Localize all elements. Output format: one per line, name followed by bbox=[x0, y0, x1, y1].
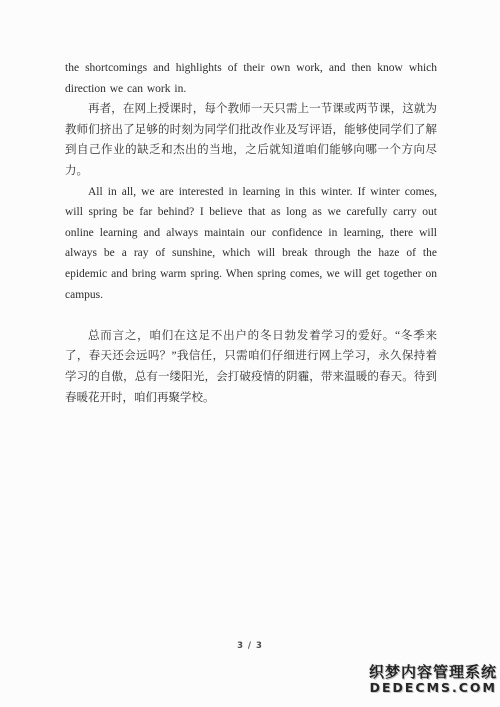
paragraph-chinese-online-classes: 再者，在网上授课时，每个教师一天只需上一节课或两节课，这就为教师们挤出了足够的时… bbox=[65, 99, 437, 181]
watermark-domain-text: DEDECMS.COM bbox=[369, 681, 497, 694]
document-page: the shortcomings and highlights of their… bbox=[0, 0, 500, 707]
watermark-cn-text: 织梦内容管理系统 bbox=[369, 665, 497, 681]
paragraph-chinese-conclusion: 总而言之，咱们在这足不出户的冬日勃发着学习的爱好。“冬季来了，春天还会远吗？”我… bbox=[65, 326, 437, 408]
paragraph-english-all-in-all: All in all, we are interested in learnin… bbox=[65, 182, 437, 306]
paragraph-continuation-en: the shortcomings and highlights of their… bbox=[65, 58, 437, 99]
page-number: 3 / 3 bbox=[0, 641, 500, 651]
watermark: 织梦内容管理系统 DEDECMS.COM bbox=[369, 665, 497, 694]
document-content: the shortcomings and highlights of their… bbox=[65, 58, 437, 408]
